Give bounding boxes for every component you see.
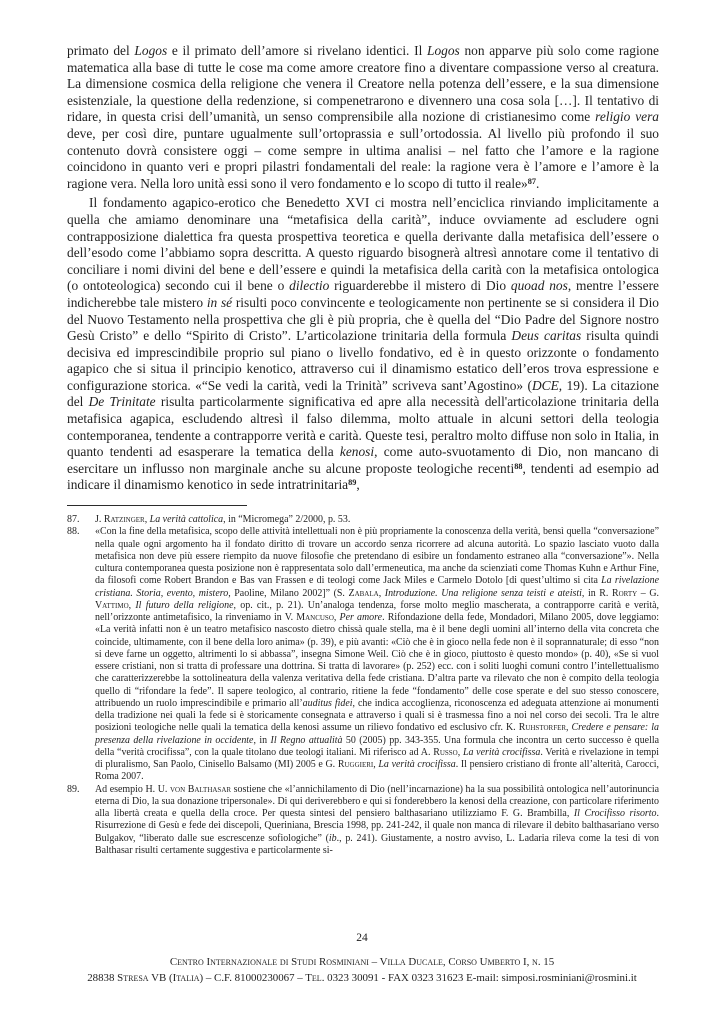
italic-run: La verità crocifissa bbox=[463, 747, 540, 758]
footer-line2: 28838 Stresa VB (Italia) – C.F. 81000230… bbox=[0, 970, 724, 986]
italic-run: Deus caritas bbox=[511, 328, 581, 343]
page-number: 24 bbox=[0, 931, 724, 945]
footnote-ref: 89 bbox=[348, 478, 356, 487]
smallcaps-run: Ruhstorfer bbox=[519, 722, 566, 733]
text-run: «Con la fine della metafisica, scopo del… bbox=[95, 526, 659, 586]
footnote-number: 89. bbox=[67, 784, 79, 796]
text-run: deve, per così dire, puntare ugualmente … bbox=[67, 126, 659, 191]
text-run: Ad esempio H. U. bbox=[95, 784, 170, 795]
text-run: . bbox=[536, 176, 539, 191]
footnote-text: Ad esempio H. U. von Balthasar sostiene … bbox=[95, 784, 659, 856]
italic-run: La verità crocifissa bbox=[378, 759, 455, 770]
italic-run: La verità cattolica bbox=[150, 514, 223, 525]
text-run: , in R. bbox=[582, 588, 612, 599]
page-content: primato del Logos e il primato dell’amor… bbox=[67, 43, 659, 857]
smallcaps-run: Russo bbox=[433, 747, 458, 758]
italic-run: Il Regno attualità bbox=[271, 735, 343, 746]
italic-run: religio vera bbox=[595, 109, 659, 124]
italic-run: quoad nos bbox=[511, 278, 568, 293]
text-run: J. bbox=[95, 514, 104, 525]
body-paragraph-2: Il fondamento agapico-erotico che Benede… bbox=[67, 195, 659, 494]
page-footer: Centro Internazionale di Studi Rosminian… bbox=[0, 954, 724, 987]
text-run: – G. bbox=[637, 588, 659, 599]
italic-run: Per amore bbox=[340, 612, 383, 623]
footnote-text: «Con la fine della metafisica, scopo del… bbox=[95, 526, 659, 782]
footnote-ref: 87 bbox=[528, 177, 536, 186]
smallcaps-run: Centro Internazionale di Studi Rosminian… bbox=[170, 956, 554, 968]
document-page: primato del Logos e il primato dell’amor… bbox=[0, 0, 724, 1024]
footnote-87: 87.J. Ratzinger, La verità cattolica, in… bbox=[67, 514, 659, 526]
italic-run: Logos bbox=[134, 43, 167, 58]
footnote-88: 88.«Con la fine della metafisica, scopo … bbox=[67, 526, 659, 783]
italic-run: Il Crocifisso risorto bbox=[574, 808, 657, 819]
smallcaps-run: 28838 Stresa VB (Italia) – C.F. 81000230… bbox=[87, 972, 466, 984]
smallcaps-run: von Balthasar bbox=[170, 784, 231, 795]
text-run: primato del bbox=[67, 43, 134, 58]
text-run: , bbox=[356, 477, 359, 492]
text-run: , in “Micromega” 2/2000, p. 53. bbox=[223, 514, 350, 525]
text-run: , Paoline, Milano 2002]” (S. bbox=[228, 588, 348, 599]
footnote-separator bbox=[67, 505, 247, 506]
italic-run: De Trinitate bbox=[89, 394, 156, 409]
body-text: primato del Logos e il primato dell’amor… bbox=[67, 43, 659, 494]
italic-run: in sé bbox=[207, 295, 232, 310]
italic-run: DCE bbox=[532, 378, 559, 393]
smallcaps-run: Vattimo bbox=[95, 600, 129, 611]
smallcaps-run: Mancuso bbox=[296, 612, 334, 623]
italic-run: dilectio bbox=[289, 278, 329, 293]
italic-run: ib bbox=[329, 833, 337, 844]
text-run: E-mail: simposi.rosminiani@rosmini.it bbox=[466, 972, 637, 984]
text-run: e il primato dell’amore si rivelano iden… bbox=[167, 43, 427, 58]
footnote-text: J. Ratzinger, La verità cattolica, in “M… bbox=[95, 514, 350, 525]
footnote-number: 87. bbox=[67, 514, 79, 526]
italic-run: Introduzione. Una religione senza teisti… bbox=[385, 588, 582, 599]
italic-run: kenosi bbox=[340, 444, 374, 459]
italic-run: auditus fidei bbox=[303, 698, 353, 709]
footer-line1: Centro Internazionale di Studi Rosminian… bbox=[0, 954, 724, 970]
body-paragraph-1: primato del Logos e il primato dell’amor… bbox=[67, 43, 659, 192]
smallcaps-run: Zabala bbox=[349, 588, 379, 599]
text-run: riguarderebbe il mistero di Dio bbox=[329, 278, 511, 293]
text-run: . Rifondazione della fede, Mondadori, Mi… bbox=[95, 612, 659, 709]
footnote-number: 88. bbox=[67, 526, 79, 538]
text-run: , in bbox=[253, 735, 270, 746]
footnotes-list: 87.J. Ratzinger, La verità cattolica, in… bbox=[67, 514, 659, 857]
footnote-ref: 88 bbox=[514, 462, 522, 471]
footnote-89: 89.Ad esempio H. U. von Balthasar sostie… bbox=[67, 784, 659, 858]
smallcaps-run: Ruggieri bbox=[338, 759, 373, 770]
smallcaps-run: Ratzinger bbox=[104, 514, 145, 525]
italic-run: Il futuro della religione bbox=[135, 600, 233, 611]
italic-run: Logos bbox=[427, 43, 460, 58]
smallcaps-run: Rorty bbox=[612, 588, 637, 599]
